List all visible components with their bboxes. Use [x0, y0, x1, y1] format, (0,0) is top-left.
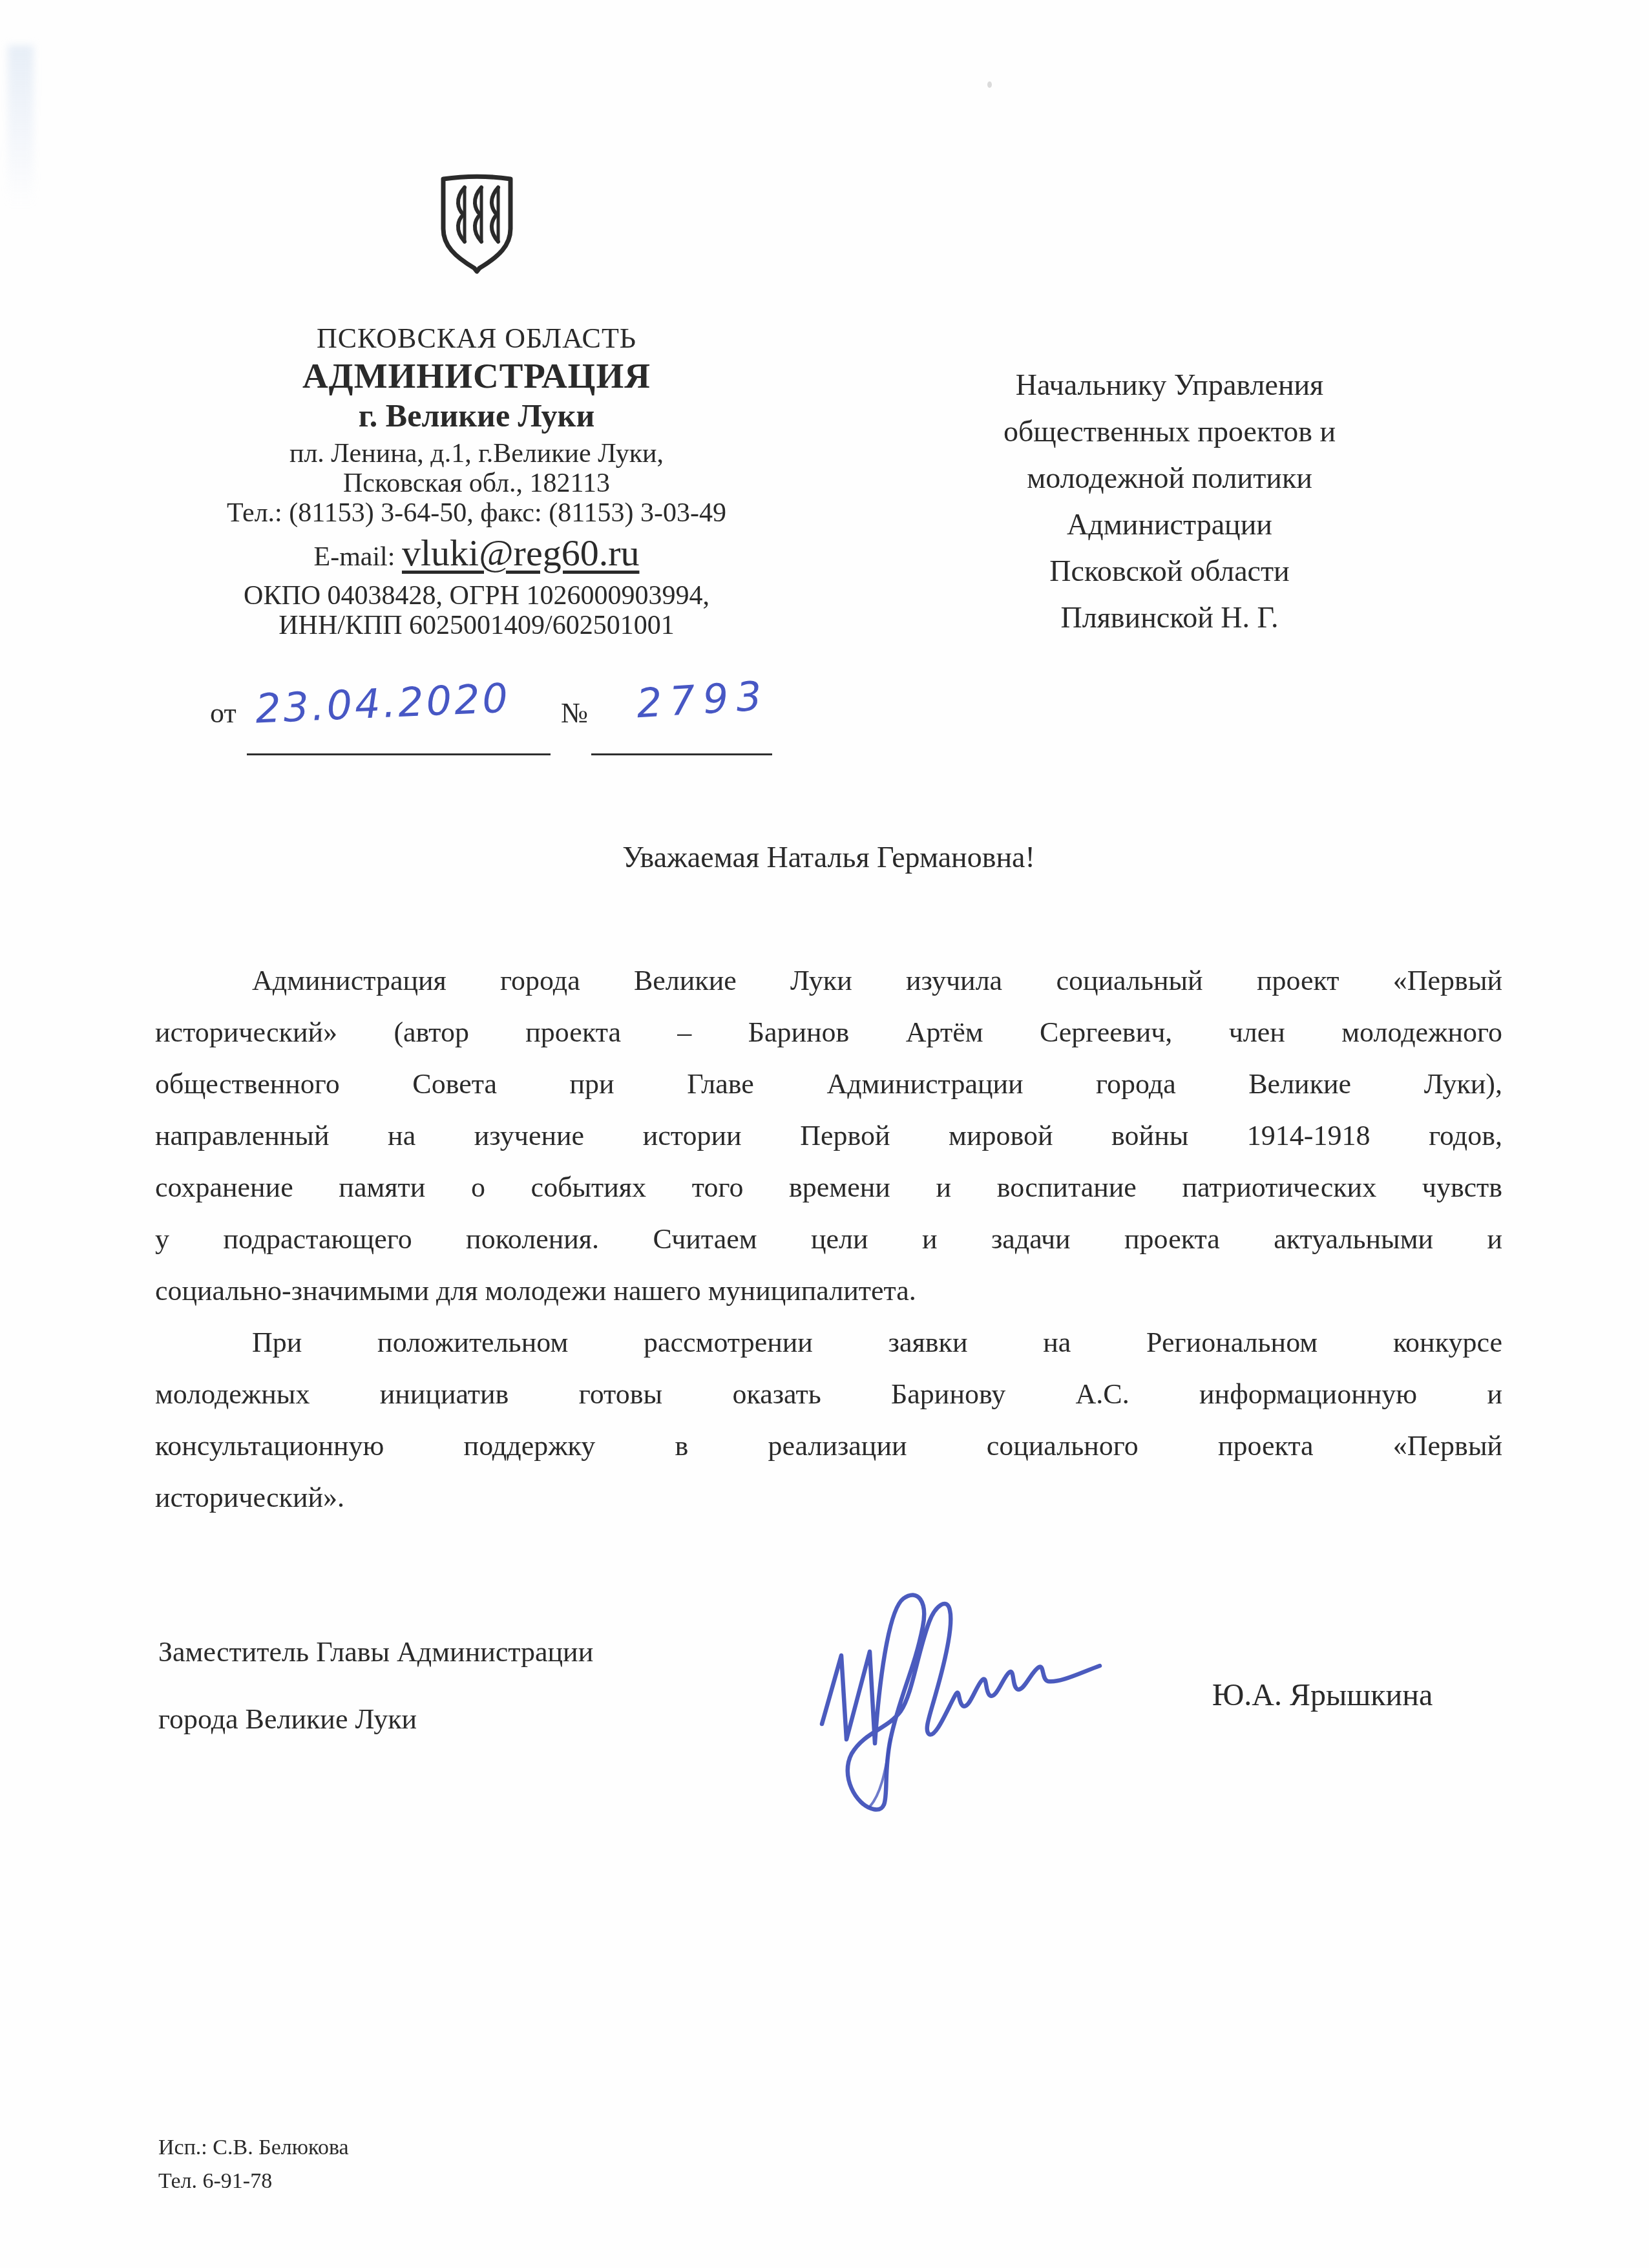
number-underline [591, 753, 772, 755]
recipient-line: Администрации [940, 501, 1399, 548]
signer-position-line1: Заместитель Главы Администрации [158, 1619, 593, 1686]
body-line: сохранение памяти о событиях того времен… [155, 1162, 1502, 1213]
signer-name: Ю.А. Ярышкина [1212, 1677, 1433, 1713]
letterhead-inn-kpp: ИНН/КПП 6025001409/602501001 [123, 610, 830, 641]
body-line: общественного Совета при Главе Администр… [155, 1058, 1502, 1110]
email-address: vluki@reg60.ru [402, 532, 640, 574]
letterhead-city: г. Великие Луки [123, 397, 830, 434]
body-line: консультационную поддержку в реализации … [155, 1420, 1502, 1472]
body-line: исторический» (автор проекта – Баринов А… [155, 1007, 1502, 1058]
date-underline [247, 753, 551, 755]
recipient-line: молодежной политики [940, 455, 1399, 501]
three-bows [458, 187, 498, 242]
letterhead-region: ПСКОВСКАЯ ОБЛАСТЬ [123, 322, 830, 355]
executor-footer: Исп.: С.В. Белюкова Тел. 6-91-78 [158, 2131, 349, 2198]
salutation: Уважаемая Наталья Германовна! [155, 840, 1502, 874]
handwritten-number: 2793 [635, 672, 771, 727]
scanned-letter-page: ПСКОВСКАЯ ОБЛАСТЬ АДМИНИСТРАЦИЯ г. Велик… [0, 0, 1649, 2268]
scan-speck [987, 81, 992, 88]
letterhead-okpo-ogrn: ОКПО 04038428, ОГРН 1026000903994, [123, 580, 830, 611]
body-line: молодежных инициатив готовы оказать Бари… [155, 1369, 1502, 1420]
body-line: социально-значимыми для молодежи нашего … [155, 1265, 1502, 1317]
recipient-block: Начальнику Управления общественных проек… [940, 362, 1399, 641]
body-line: исторический». [155, 1472, 1502, 1524]
scan-edge-smudge [8, 45, 34, 207]
body-line: Администрация города Великие Луки изучил… [155, 955, 1502, 1007]
ref-number-sign: № [561, 697, 588, 730]
handwritten-date: 23.04.2020 [255, 674, 512, 732]
body-line: направленный на изучение истории Первой … [155, 1110, 1502, 1162]
recipient-line: Псковской области [940, 548, 1399, 594]
letterhead-phone-fax: Тел.: (81153) 3-64-50, факс: (81153) 3-0… [123, 498, 830, 529]
letterhead-email-row: E-mail: vluki@reg60.ru [123, 531, 830, 574]
ref-from-label: от [210, 697, 236, 730]
body-line: При положительном рассмотрении заявки на… [155, 1317, 1502, 1369]
recipient-line: Начальнику Управления [940, 362, 1399, 408]
letterhead-org-name: АДМИНИСТРАЦИЯ [123, 355, 830, 396]
letterhead-address-line2: Псковская обл., 182113 [123, 468, 830, 499]
coat-of-arms-icon [437, 173, 516, 278]
executor-name: Исп.: С.В. Белюкова [158, 2131, 349, 2165]
letter-body: Администрация города Великие Луки изучил… [155, 955, 1502, 1524]
email-label: E-mail: [314, 542, 402, 572]
letterhead-address-line1: пл. Ленина, д.1, г.Великие Луки, [123, 438, 830, 469]
body-line: у подрастающего поколения. Считаем цели … [155, 1213, 1502, 1265]
executor-phone: Тел. 6-91-78 [158, 2165, 349, 2198]
handwritten-signature-icon [808, 1570, 1111, 1864]
signer-position: Заместитель Главы Администрации города В… [158, 1619, 593, 1753]
recipient-line: Плявинской Н. Г. [940, 594, 1399, 641]
signer-position-line2: города Великие Луки [158, 1686, 593, 1753]
recipient-line: общественных проектов и [940, 408, 1399, 455]
